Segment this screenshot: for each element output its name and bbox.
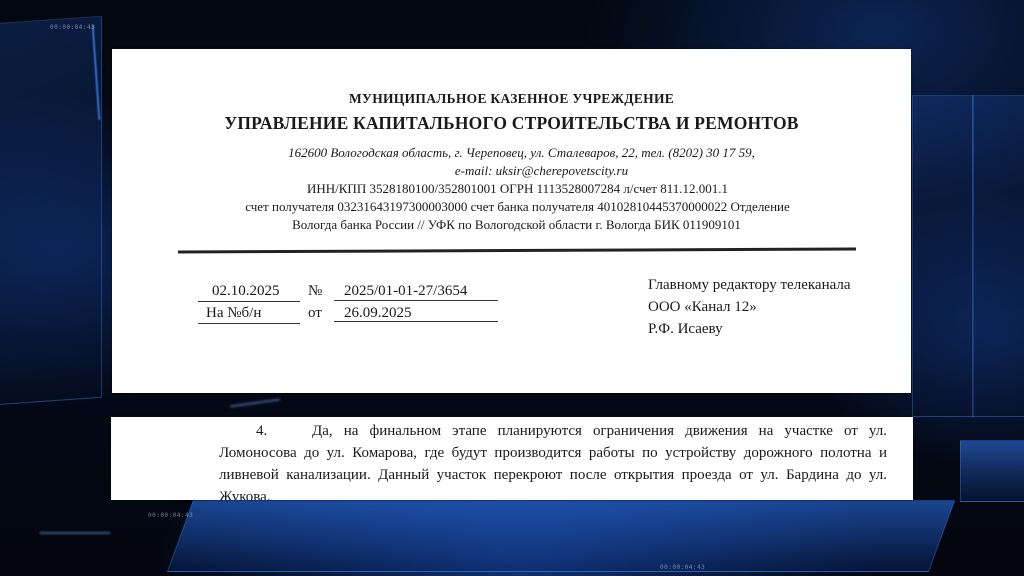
number-sign: №	[308, 283, 322, 300]
letter-body-excerpt: 4.Да, на финальном этапе планируются огр…	[111, 417, 913, 500]
background-panel-bottom	[167, 500, 955, 572]
reference-label: На №б/н	[206, 305, 261, 322]
number-underline	[334, 300, 498, 301]
from-label: от	[308, 305, 322, 322]
background-panel-right-far	[972, 95, 1024, 417]
letter-number: 2025/01-01-27/3654	[344, 283, 467, 300]
bank-accounts: счет получателя 03231643197300003000 сче…	[124, 199, 911, 215]
item-text: Да, на финальном этапе планируются огран…	[219, 423, 887, 500]
addressee-name: Р.Ф. Исаеву	[648, 321, 723, 338]
tax-ids: ИНН/КПП 3528180100/352801001 ОГРН 111352…	[124, 181, 911, 197]
date-underline	[198, 301, 300, 302]
timecode-label: 00:00:04:43	[148, 512, 193, 519]
addressee-company: ООО «Канал 12»	[648, 299, 757, 316]
department-name: УПРАВЛЕНИЕ КАПИТАЛЬНОГО СТРОИТЕЛЬСТВА И …	[112, 113, 911, 134]
postal-address: 162600 Вологодская область, г. Череповец…	[132, 145, 911, 161]
organization-type: МУНИЦИПАЛЬНОЕ КАЗЕННОЕ УЧРЕЖДЕНИЕ	[112, 91, 911, 107]
reference-date: 26.09.2025	[344, 305, 412, 322]
header-divider	[178, 248, 856, 254]
background-panel-right	[912, 95, 974, 417]
body-paragraph: 4.Да, на финальном этапе планируются огр…	[219, 420, 887, 500]
email-line: e-mail: uksir@cherepovetscity.ru	[172, 163, 911, 179]
letter-header-excerpt: МУНИЦИПАЛЬНОЕ КАЗЕННОЕ УЧРЕЖДЕНИЕ УПРАВЛ…	[112, 49, 911, 393]
addressee-title: Главному редактору телеканала	[648, 277, 851, 294]
background-panel-left	[0, 16, 102, 407]
bank-details: Вологда банка России // УФК по Вологодск…	[122, 217, 911, 233]
reference-underline	[198, 323, 300, 324]
timecode-label: 00:00:04:43	[50, 24, 95, 31]
reference-date-underline	[334, 321, 498, 322]
background-stripe	[40, 532, 110, 534]
timecode-label: 00:00:04:43	[660, 564, 705, 571]
item-number: 4.	[219, 420, 312, 442]
background-panel-bottom-right	[960, 440, 1024, 502]
letter-date: 02.10.2025	[212, 283, 280, 300]
